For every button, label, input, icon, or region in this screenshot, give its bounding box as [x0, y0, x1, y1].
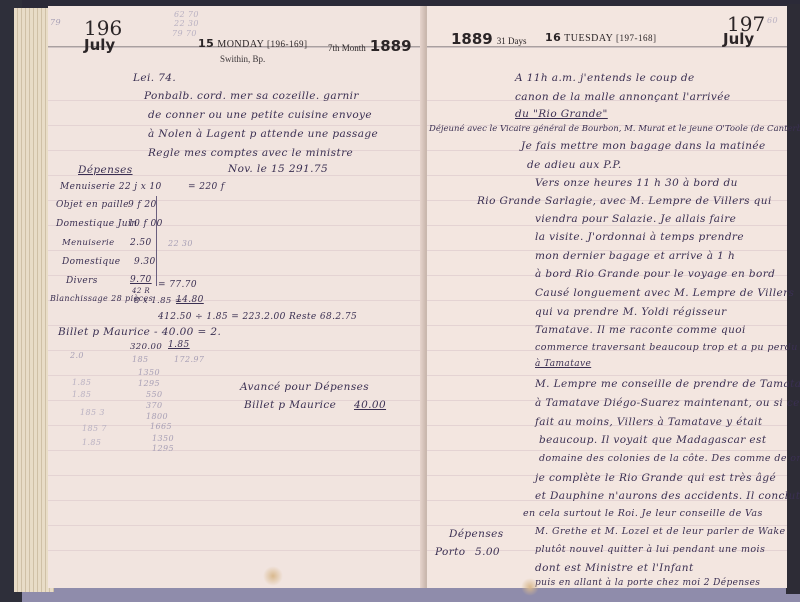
division-step: 550 — [146, 390, 162, 399]
diary-line: M. Grethe et M. Lozel et de leur parler … — [535, 526, 786, 537]
diary-line: la visite. J'ordonnai à temps prendre — [535, 231, 744, 243]
day-heading: 16 TUESDAY [197-168] — [545, 31, 657, 44]
day-heading: 15 MONDAY [196-169] — [198, 37, 308, 50]
entry-note: Nov. le 15 291.75 — [228, 163, 328, 175]
division-step: 1665 — [150, 422, 172, 431]
entry-line: Ponbalb. cord. mer sa cozeille. garnir — [144, 90, 359, 102]
diary-line: à Tamatave Diégo-Suarez maintenant, ou s… — [535, 397, 800, 409]
division-step: 1295 — [138, 379, 160, 388]
year: 1889 — [451, 30, 493, 48]
division-step: 1350 — [152, 434, 174, 443]
expense-label: Domestique — [62, 257, 121, 267]
diary-line: à bord Rio Grande pour le voyage en bord — [535, 268, 775, 280]
entry-heading: Lei. 74. — [133, 72, 176, 84]
diary-line: à Tamatave — [535, 359, 591, 369]
expense-label: Menuiserie 22 j x 10 — [60, 182, 162, 192]
diary-line: Je fais mettre mon bagage dans la matiné… — [521, 140, 766, 152]
expense-value: 9 f 20 — [128, 200, 157, 210]
weekday: TUESDAY — [564, 33, 613, 44]
pencil-note: 62 70 — [174, 10, 199, 19]
day-number: 15 — [198, 37, 214, 50]
margin-pencil: 185 3 — [80, 408, 105, 417]
weekday: MONDAY — [217, 39, 264, 50]
diary-line: et Dauphine n'aurons des accidents. Il c… — [535, 490, 800, 502]
expense-label: Domestique Juin — [56, 219, 137, 229]
expense-value: 2.50 — [130, 238, 152, 248]
diary-line: Déjeuné avec le Vicaire général de Bourb… — [429, 124, 800, 134]
billet-line: Billet p Maurice - 40.00 = 2. — [58, 326, 221, 338]
expense-result: = 77.70 — [158, 280, 197, 290]
expense-result: 14.80 — [176, 295, 204, 305]
expense-total-line: 412.50 ÷ 1.85 = 223.2.00 Reste 68.2.75 — [158, 312, 357, 322]
day-number: 16 — [545, 31, 561, 44]
diary-line: du "Rio Grande" — [515, 108, 608, 120]
advance-amount: 40.00 — [354, 399, 386, 411]
margin-pencil: 1.85 — [82, 438, 101, 447]
day-range: [196-169] — [267, 39, 308, 49]
expense-bracket — [156, 196, 157, 286]
division-step: 1800 — [146, 412, 168, 421]
pencil-note: 79 70 — [172, 29, 197, 38]
expense-value: 9.70 — [130, 275, 152, 285]
advances-title: Avancé pour Dépenses — [240, 381, 369, 393]
diary-line: Rio Grande Sarlagie, avec M. Lempre de V… — [477, 195, 772, 207]
expense-label: Divers — [66, 276, 98, 286]
division-step: 185 — [132, 355, 148, 364]
diary-line: dont est Ministre et l'Infant — [535, 562, 694, 574]
margin-expenses-title: Dépenses — [449, 528, 504, 540]
corner-mark: 60 — [767, 16, 778, 25]
entry-line: de conner ou une petite cuisine envoye — [148, 109, 372, 121]
diary-line: de adieu aux P.P. — [527, 159, 622, 171]
margin-pencil: 1.85 — [72, 390, 91, 399]
diary-line: puis en allant à la porte chez moi 2 Dép… — [535, 578, 760, 588]
backdrop-bottom — [0, 588, 800, 602]
diary-line: je complète le Rio Grande qui est très â… — [535, 472, 776, 484]
month-label: July — [84, 36, 115, 54]
month-heading: 7th Month 1889 — [328, 37, 412, 56]
division-step: 1295 — [152, 444, 174, 453]
expense-value: 9.30 — [134, 257, 156, 267]
entry-line: Regle mes comptes avec le ministre — [148, 147, 353, 159]
expense-label: Menuiserie — [62, 238, 115, 248]
advance-item: Billet p Maurice — [244, 399, 336, 411]
diary-line: viendra pour Salazie. Je allais faire — [535, 213, 736, 225]
diary-line: en cela surtout le Roi. Je leur conseill… — [523, 508, 763, 519]
book-cover-right — [786, 4, 800, 594]
division-quotient: 172.97 — [174, 355, 204, 364]
right-page: 1889 31 Days 16 TUESDAY [197-168] 197 Ju… — [426, 6, 787, 588]
diary-line: beaucoup. Il voyait que Madagascar est — [539, 434, 766, 446]
diary-line: A 11h a.m. j'entends le coup de — [515, 72, 695, 84]
paper-stain — [521, 578, 539, 596]
division-dividend: 320.00 — [130, 342, 162, 352]
division-divisor: 1.85 — [168, 340, 190, 350]
expense-label: Objet en paille — [56, 200, 129, 210]
diary-line: mon dernier bagage et arrive à 1 h — [535, 250, 735, 262]
margin-expense-amount: 5.00 — [475, 546, 500, 558]
expense-side-note: 22 30 — [168, 239, 193, 248]
diary-line: Tamatave. Il me raconte comme quoi — [535, 324, 746, 336]
year-heading: 1889 31 Days — [451, 30, 527, 49]
month-label: July — [723, 30, 754, 48]
diary-line: commerce traversant beaucoup trop et a p… — [535, 342, 798, 353]
diary-line: fait au moins, Villers à Tamatave y étai… — [535, 416, 762, 428]
division-step: 1350 — [138, 368, 160, 377]
saint-day: Swithin, Bp. — [220, 54, 265, 64]
diary-line: Vers onze heures 11 h 30 à bord du — [535, 177, 738, 189]
margin-pencil: 2.0 — [70, 351, 84, 360]
diary-line: canon de la malle annonçant l'arrivée — [515, 91, 730, 103]
month-ordinal: 7th Month — [328, 43, 366, 53]
entry-line: à Nolen à Lagent p attende une passage — [148, 128, 378, 140]
margin-pencil: 1.85 — [72, 378, 91, 387]
corner-mark: 79 — [50, 18, 61, 27]
division-step: 370 — [146, 401, 162, 410]
expense-value: = 220 f — [188, 182, 225, 192]
margin-pencil: 185 7 — [82, 424, 107, 433]
pencil-note: 22 30 — [174, 19, 199, 28]
margin-expense-item: Porto — [435, 546, 466, 558]
year: 1889 — [370, 37, 412, 55]
left-page: 79 196 July 62 70 22 30 79 70 15 MONDAY … — [48, 6, 427, 588]
expense-value: 10 f 00 — [128, 219, 163, 229]
diary-line: qui va prendre M. Yoldi régisseur — [535, 306, 727, 318]
days-in-month: 31 Days — [497, 36, 527, 46]
paper-stain — [263, 566, 283, 586]
diary-line: plutôt nouvel quitter à lui pendant une … — [535, 544, 765, 555]
diary-line: Causé longuement avec M. Lempre de Ville… — [535, 287, 794, 299]
expenses-title: Dépenses — [78, 164, 133, 176]
diary-line: domaine des colonies de la côte. Des com… — [539, 453, 800, 464]
day-range: [197-168] — [616, 33, 657, 43]
diary-line: M. Lempre me conseille de prendre de Tam… — [535, 378, 800, 390]
